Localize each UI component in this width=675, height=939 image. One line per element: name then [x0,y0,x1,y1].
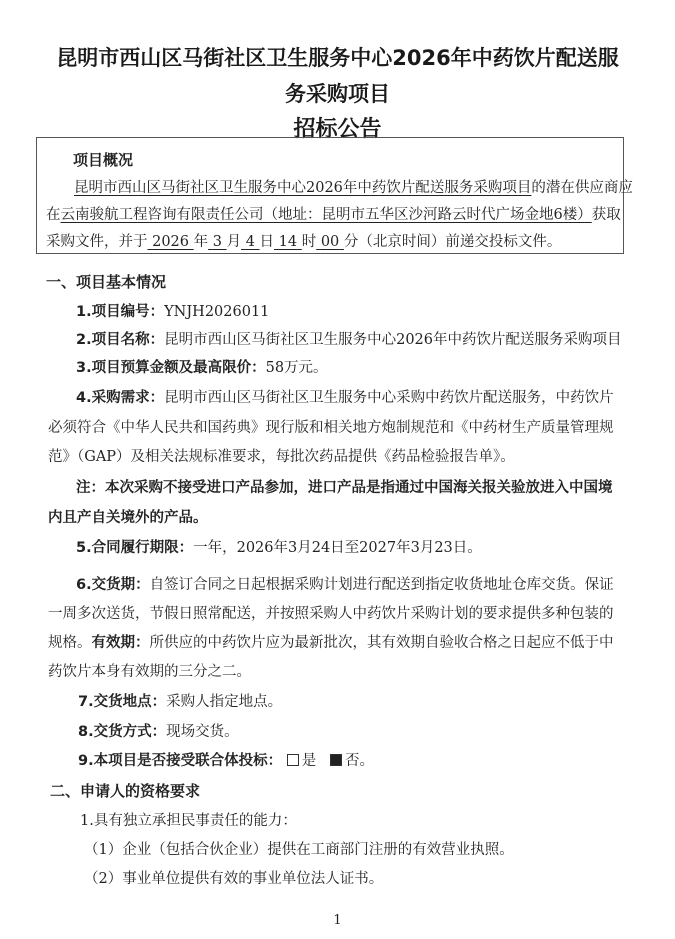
hour-unit: 时 [302,234,317,250]
doc-title-line1: 昆明市西山区马街社区卫生服务中心2026年中药饮片配送服 [0,42,675,72]
item4-requirements-line3: 范》（GAP）及相关法规标准要求，每批次药品提供《药品检验报告单》。 [48,447,515,467]
overview-text1: 的潜在供应商应 [531,180,633,196]
deadline-year: 2026 [148,234,194,250]
month-unit: 月 [227,234,242,250]
deadline-day: 4 [241,234,259,250]
item6-delivery-line3: 规格。有效期：所供应的中药饮片应为最新批次，其有效期自验收合格之日起应不低于中 [48,633,614,653]
overview-project-name: 昆明市西山区马街社区卫生服务中心2026年中药饮片配送服务采购项目 [74,180,531,196]
item7-value: 采购人指定地点。 [166,694,282,710]
item6-text3b: 所供应的中药饮片应为最新批次，其有效期自验收合格之日起应不低于中 [150,635,614,651]
item4-requirements-line2: 必须符合《中华人民共和国药典》现行版和相关地方炮制规范和《中药材生产质量管理规 [48,418,614,438]
section1-heading: 一、项目基本情况 [46,272,166,292]
validity-label: 有效期： [92,635,150,651]
item3-budget: 3.项目预算金额及最高限价：58万元。 [76,358,328,378]
item8-label: 8.交货方式： [78,724,166,740]
page-number: 1 [0,913,675,928]
overview-line1: 昆明市西山区马街社区卫生服务中心2026年中药饮片配送服务采购项目的潜在供应商应 [74,178,633,198]
item3-label: 3.项目预算金额及最高限价： [76,360,266,376]
item1-project-code: 1.项目编号：YNJH2026011 [76,302,269,322]
item9-label: 9.本项目是否接受联合体投标： [78,753,282,769]
item8-value: 现场交货。 [166,724,239,740]
import-note-line2: 内且产自关境外的产品。 [48,508,208,528]
item2-value: 昆明市西山区马街社区卫生服务中心2026年中药饮片配送服务采购项目 [164,332,621,348]
deadline-month: 3 [208,234,226,250]
item6-delivery-line2: 一周多次送货，节假日照常配送，并按照采购人中药饮片采购计划的要求提供多种包装的 [48,604,614,624]
qualification-item1: 1.具有独立承担民事责任的能力： [80,811,297,831]
overview-text2: 在 [46,207,61,223]
item9-consortium: 9.本项目是否接受联合体投标： 是 否。 [78,751,374,771]
overview-line3: 采购文件，并于 2026 年 3 月 4 日 14 时 00 分（北京时间）前递… [46,232,561,252]
section2-heading: 二、申请人的资格要求 [50,781,200,801]
item6-delivery-line4: 药饮片本身有效期的三分之二。 [48,662,251,682]
year-unit: 年 [194,234,209,250]
overview-text4: 采购文件，并于 [46,234,148,250]
item5-value: 一年，2026年3月24日至2027年3月23日。 [193,540,482,556]
overview-agency: 云南骏航工程咨询有限责任公司（地址：昆明市五华区沙河路云时代广场金地6楼） [61,207,592,223]
item5-label: 5.合同履行期限： [76,540,193,556]
consortium-yes-label: 是 [302,753,317,769]
deadline-hour: 14 [274,234,302,250]
item2-project-name: 2.项目名称：昆明市西山区马街社区卫生服务中心2026年中药饮片配送服务采购项目 [76,330,622,350]
import-note-line1: 注：本次采购不接受进口产品参加，进口产品是指通过中国海关报关验放进入中国境 [76,478,613,498]
item6-label: 6.交货期： [76,577,150,593]
item4-text1: 昆明市西山区马街社区卫生服务中心采购中药饮片配送服务，中药饮片 [164,390,614,406]
item8-method: 8.交货方式：现场交货。 [78,722,239,742]
item7-label: 7.交货地点： [78,694,166,710]
item4-label: 4.采购需求： [76,390,164,406]
consortium-yes-checkbox[interactable] [287,754,299,766]
consortium-no-checkbox[interactable] [330,754,342,766]
item1-value: YNJH2026011 [164,304,269,320]
overview-line2: 在云南骏航工程咨询有限责任公司（地址：昆明市五华区沙河路云时代广场金地6楼）获取 [46,205,621,225]
item5-contract-period: 5.合同履行期限：一年，2026年3月24日至2027年3月23日。 [76,538,482,558]
deadline-minute: 00 [316,234,344,250]
day-unit: 日 [260,234,275,250]
consortium-no-label: 否。 [345,753,374,769]
item6-delivery-line1: 6.交货期：自签订合同之日起根据采购计划进行配送到指定收货地址仓库交货。保证 [76,575,614,595]
item2-label: 2.项目名称： [76,332,164,348]
item6-text3a: 规格。 [48,635,92,651]
doc-title-line2: 务采购项目 [0,78,675,108]
qualification-sub2: （2）事业单位提供有效的事业单位法人证书。 [84,869,383,889]
item3-value: 58万元。 [266,360,328,376]
overview-heading: 项目概况 [73,150,133,170]
item4-requirements-line1: 4.采购需求：昆明市西山区马街社区卫生服务中心采购中药饮片配送服务，中药饮片 [76,388,614,408]
item6-text1: 自签订合同之日起根据采购计划进行配送到指定收货地址仓库交货。保证 [150,577,614,593]
qualification-sub1: （1）企业（包括合伙企业）提供在工商部门注册的有效营业执照。 [84,840,514,860]
minute-unit: 分（北京时间）前递交投标文件。 [344,234,562,250]
item1-label: 1.项目编号： [76,304,164,320]
overview-text3: 获取 [592,207,621,223]
item7-location: 7.交货地点：采购人指定地点。 [78,692,282,712]
